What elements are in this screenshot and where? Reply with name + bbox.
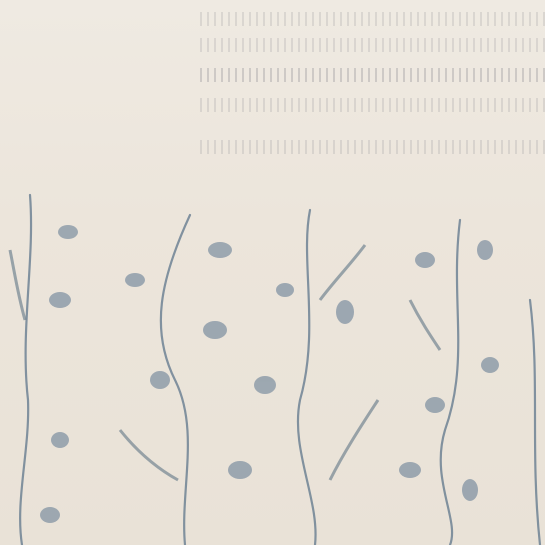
botanical-vines [0, 0, 545, 545]
ceramic-texture-image [0, 0, 545, 545]
